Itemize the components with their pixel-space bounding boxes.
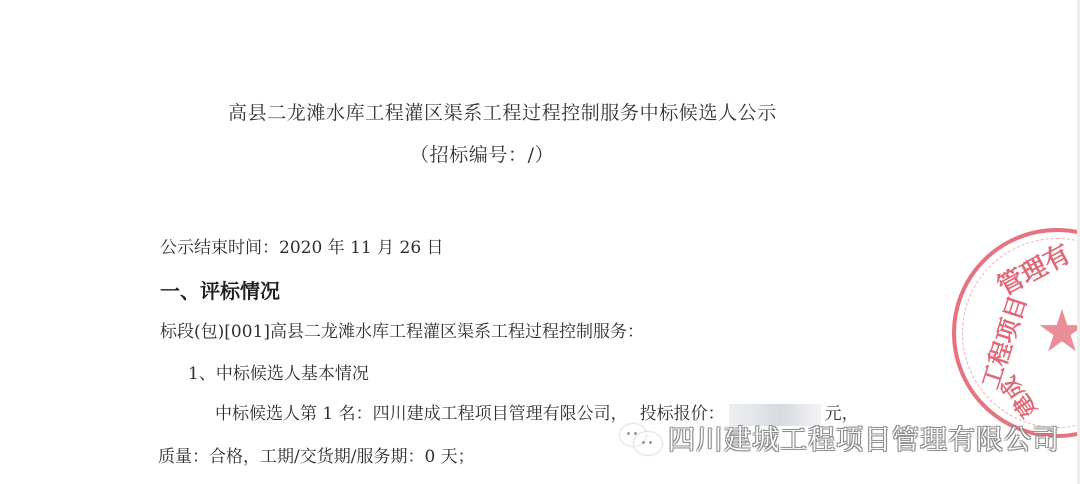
tender-number: （招标编号：/） — [410, 144, 554, 166]
quality-and-period: 质量：合格，工期/交货期/服务期：0 天； — [158, 446, 475, 468]
publicity-end-time: 公示结束时间：2020 年 11 月 26 日 — [160, 237, 444, 259]
company-seal: 管理有 工程项目 建成 ★ — [952, 228, 1080, 438]
wechat-watermark: 四川建城工程项目管理有限公司 — [618, 418, 1060, 457]
section-heading-evaluation: 一、评标情况 — [160, 280, 280, 302]
candidate-rank: 中标候选人第 1 名：四川建成工程项目管理有限公司， — [215, 404, 628, 424]
document-page: 高县二龙滩水库工程灌区渠系工程过程控制服务中标候选人公示 （招标编号：/） 公示… — [0, 0, 1077, 484]
wechat-icon — [618, 422, 662, 454]
star-icon: ★ — [1036, 302, 1080, 360]
document-title: 高县二龙滩水库工程灌区渠系工程过程控制服务中标候选人公示 — [228, 102, 777, 124]
lot-description: 标段(包)[001]高县二龙滩水库工程灌区渠系工程过程控制服务： — [160, 321, 644, 343]
watermark-text: 四川建城工程项目管理有限公司 — [668, 418, 1060, 457]
subsection-heading-candidate-info: 1、中标候选人基本情况 — [188, 363, 369, 385]
